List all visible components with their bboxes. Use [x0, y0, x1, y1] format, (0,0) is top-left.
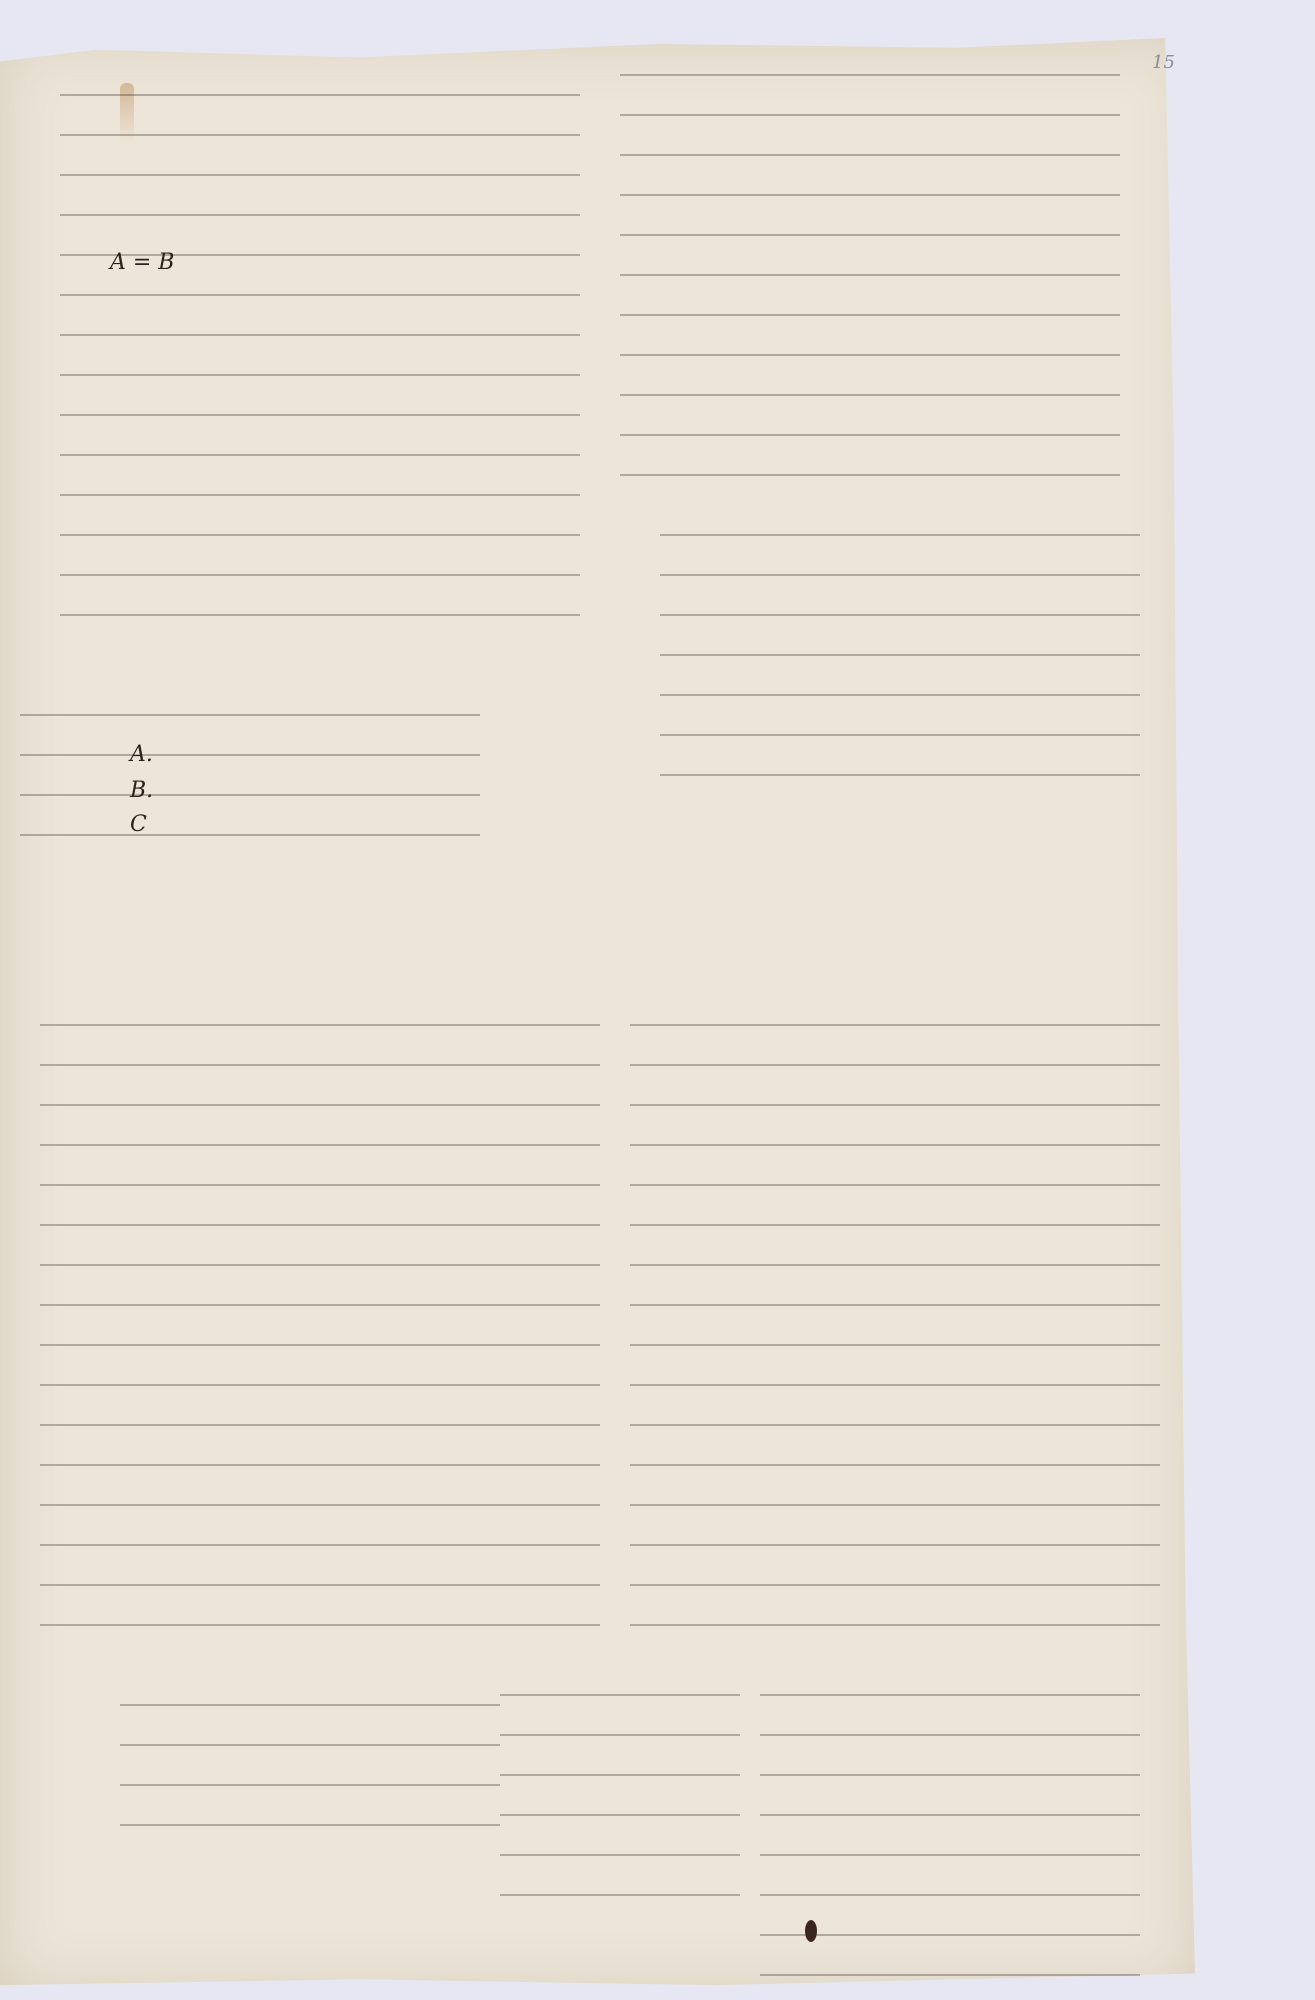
list-label-b: B.	[130, 778, 153, 803]
handwriting-block-bottom-left: [illegible handwritten text]	[120, 1690, 500, 1850]
handwriting-block-bottom-center: [illegible handwritten text]	[500, 1680, 740, 1920]
handwriting-block-lower-left: [illegible handwritten text]	[40, 1010, 600, 1650]
handwriting-block-bottom-right: [illegible handwritten text]	[760, 1680, 1140, 1980]
list-label-a: A.	[130, 742, 153, 767]
folio-number: 15	[1152, 52, 1175, 73]
list-label-c: C	[130, 812, 147, 837]
handwriting-block-list: [illegible handwritten text]	[20, 700, 480, 870]
ink-blot	[805, 1920, 817, 1942]
handwriting-block-middle-right: [illegible handwritten text]	[660, 520, 1140, 780]
equation-fragment: A = B	[110, 250, 174, 275]
handwriting-block-top-left: [illegible handwritten text]	[60, 80, 580, 640]
handwriting-block-lower-right: [illegible handwritten text]	[630, 1010, 1160, 1650]
handwriting-block-top-right: [illegible handwritten text]	[620, 60, 1120, 500]
